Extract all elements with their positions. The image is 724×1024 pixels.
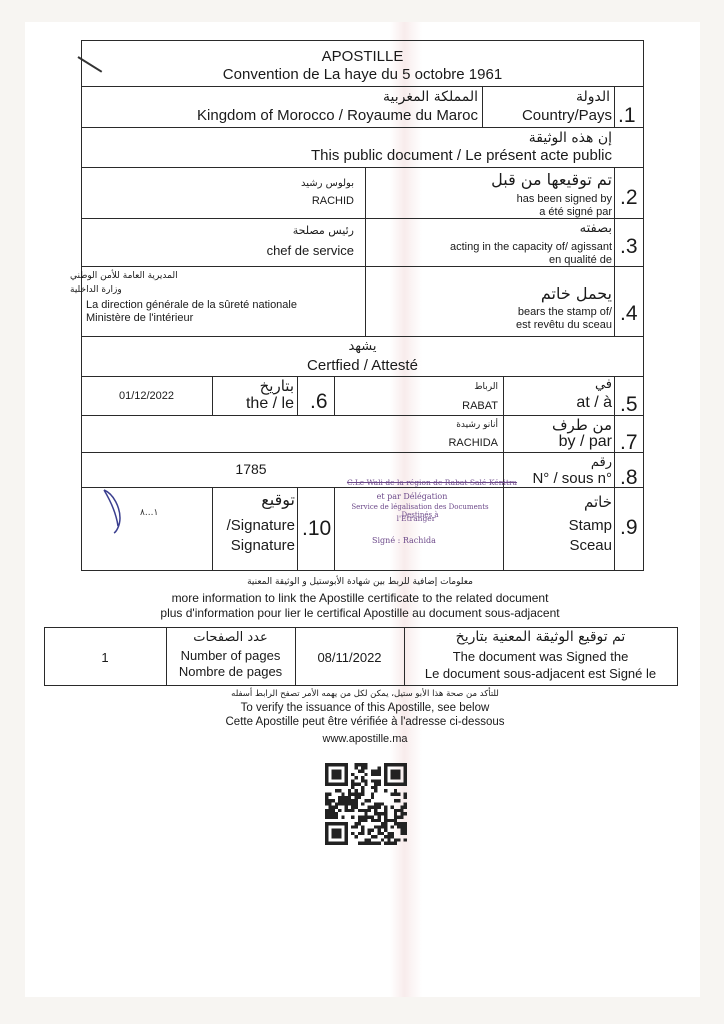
certified-label-ar: يشهد <box>81 339 644 354</box>
date-label-ar: بتاريخ <box>215 377 294 395</box>
authority-ar-2: وزارة الداخلية <box>90 285 352 295</box>
verify-ar: للتأكد من صحة هذا الأبو ستيل، يمكن لكل م… <box>200 689 530 699</box>
place-value-ar: الرباط <box>340 382 498 392</box>
country-label-ar: الدولة <box>486 89 610 105</box>
document-signed-label-ar: تم توقيع الوثيقة المعنية بتاريخ <box>404 629 677 645</box>
stamp-line-1: C.Le Wali de la région de Rabat-Salé-Kén… <box>332 478 532 487</box>
serial-label-ar: رقم <box>507 455 612 470</box>
certified-label: Certfied / Attesté <box>81 357 644 374</box>
country-label: Country/Pays <box>486 107 612 124</box>
capacity-value: chef de service <box>90 243 354 258</box>
pages-label-fr: Nombre de pages <box>166 664 295 679</box>
by-label-ar: من طرف <box>507 416 612 434</box>
authority-ar-1: المديرية العامة للأمن الوطني <box>90 271 352 281</box>
certifier-name: RACHIDA <box>340 437 498 449</box>
at-label-ar: في <box>507 377 612 392</box>
at-label: at / à <box>507 394 612 412</box>
country-value: Kingdom of Morocco / Royaume du Maroc <box>90 107 478 124</box>
pages-label-ar: عدد الصفحات <box>166 630 295 645</box>
signature-label-en: /Signature <box>212 517 295 534</box>
signer-name-ar: بولوس رشيد <box>90 178 354 189</box>
stamp-label-en: Stamp <box>507 517 612 534</box>
pages-label-en: Number of pages <box>166 648 295 663</box>
link-info-fr: plus d'information pour lier le certific… <box>40 606 680 620</box>
public-document-label: This public document / Le présent acte p… <box>90 147 612 164</box>
row-number-2: .2 <box>620 186 638 210</box>
authority-value-1: La direction générale de la sûreté natio… <box>86 299 362 311</box>
country-value-ar: المملكة المغربية <box>90 89 478 105</box>
stamp-label-ar: خاتم <box>507 493 612 511</box>
stamp-of-label-en: bears the stamp of/ <box>370 306 612 318</box>
row-number-4: .4 <box>620 302 638 326</box>
certification-date: 01/12/2022 <box>81 390 212 402</box>
stamp-label-fr: Sceau <box>507 537 612 554</box>
row-number-1: .1 <box>618 104 636 128</box>
row-number-3: .3 <box>620 235 638 259</box>
row-number-7: .7 <box>620 431 638 455</box>
capacity-label-en: acting in the capacity of/ agissant <box>370 241 612 253</box>
signed-by-label-fr: a été signé par <box>370 206 612 218</box>
link-info-ar: معلومات إضافية للربط بين شهادة الأبوستيل… <box>40 577 680 587</box>
row-number-10: .10 <box>302 517 331 541</box>
stamp-of-label-ar: يحمل خاتم <box>370 284 612 303</box>
signer-name: RACHID <box>90 195 354 207</box>
date-label: the / le <box>215 395 294 413</box>
signed-by-label-en: has been signed by <box>370 193 612 205</box>
verify-url[interactable]: www.apostille.ma <box>180 733 550 745</box>
place-value: RABAT <box>340 400 498 412</box>
document-signed-label-fr: Le document sous-adjacent est Signé le <box>404 666 677 681</box>
stamp-line-5: Signé : Rachida <box>372 536 492 545</box>
verify-en: To verify the issuance of this Apostille… <box>180 702 550 714</box>
row-number-8: .8 <box>620 466 638 490</box>
signature-label-ar: توقيع <box>215 490 295 509</box>
apostille-title: APOSTILLE <box>81 48 644 65</box>
verification-qr-code[interactable] <box>325 760 407 848</box>
link-info-en: more information to link the Apostille c… <box>40 591 680 605</box>
verify-fr: Cette Apostille peut être vérifiée à l'a… <box>180 716 550 728</box>
by-label: by / par <box>507 433 612 451</box>
capacity-value-ar: رئيس مصلحة <box>90 224 354 237</box>
capacity-label-fr: en qualité de <box>370 254 612 266</box>
signature-mark: ١...٨ <box>140 508 190 518</box>
serial-number: 1785 <box>81 461 421 477</box>
public-document-label-ar: إن هذه الوثيقة <box>90 130 612 146</box>
stamp-line-2: et par Délégation <box>332 492 492 501</box>
signature-label-fr: Signature <box>212 537 295 554</box>
stamp-of-label-fr: est revêtu du sceau <box>370 319 612 331</box>
row-number-5: .5 <box>620 393 638 417</box>
certifier-name-ar: أنانو رشيدة <box>340 420 498 430</box>
pages-value: 1 <box>44 650 166 665</box>
document-signed-date: 08/11/2022 <box>295 650 404 665</box>
signed-by-label-ar: تم توقيعها من قبل <box>370 170 612 189</box>
document-signed-label-en: The document was Signed the <box>404 649 677 664</box>
row-number-6: .6 <box>310 390 328 414</box>
handwritten-signature <box>100 486 130 536</box>
authority-value-2: Ministère de l'intérieur <box>86 312 362 324</box>
capacity-label-ar: بصفته <box>370 221 612 236</box>
row-number-9: .9 <box>620 516 638 540</box>
stamp-line-4: l'Etranger <box>336 514 496 523</box>
convention-subtitle: Convention de La haye du 5 octobre 1961 <box>81 66 644 83</box>
